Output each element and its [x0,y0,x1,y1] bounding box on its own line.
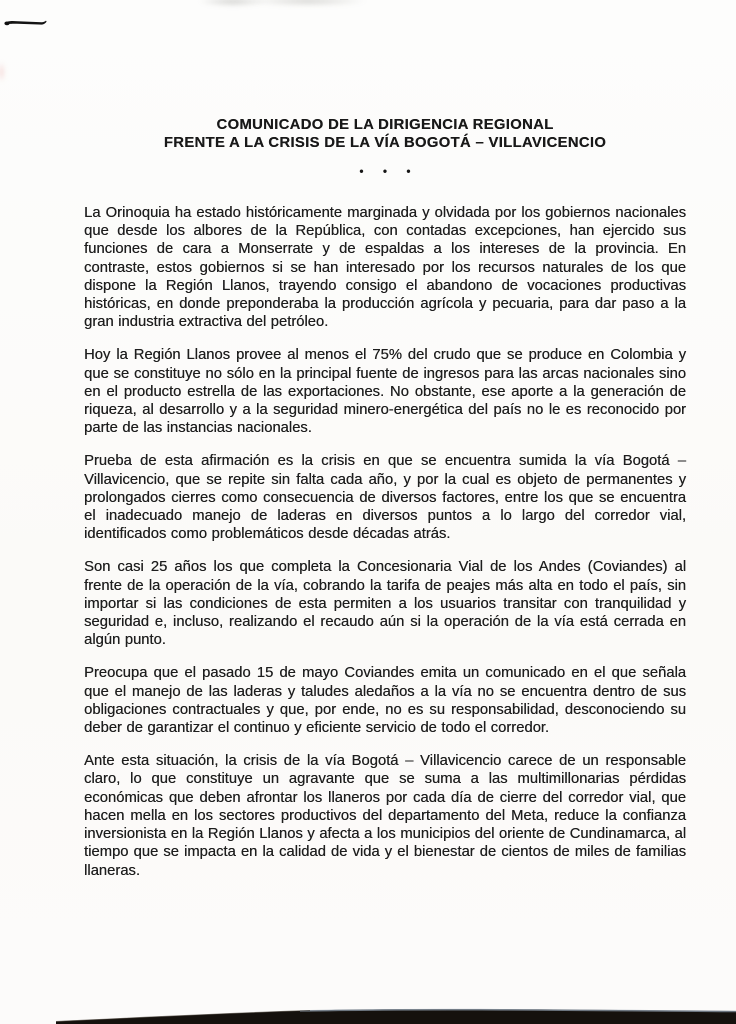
scan-smudge-top-left-of-center [198,0,268,7]
scanned-document-page: COMUNICADO DE LA DIRIGENCIA REGIONAL FRE… [0,0,736,1024]
scan-smudge-left-edge [0,62,5,82]
paragraph-6: Ante esta situación, la crisis de la vía… [84,752,686,879]
scan-page-bottom-edge [0,992,736,1024]
paragraph-1: La Orinoquia ha estado históricamente ma… [84,204,686,331]
paragraph-3: Prueba de esta afirmación es la crisis e… [84,452,686,543]
document-body: La Orinoquia ha estado históricamente ma… [84,204,686,880]
document-title: COMUNICADO DE LA DIRIGENCIA REGIONAL FRE… [84,116,686,152]
document-title-line-1: COMUNICADO DE LA DIRIGENCIA REGIONAL [84,116,686,134]
paragraph-4: Son casi 25 años los que completa la Con… [84,558,686,649]
document-title-line-2: FRENTE A LA CRISIS DE LA VÍA BOGOTÁ – VI… [84,134,686,152]
scan-mark-top-left [4,17,48,29]
separator-dots: • • • [84,164,686,178]
paragraph-5: Preocupa que el pasado 15 de mayo Covian… [84,664,686,737]
scan-smudge-top-center [248,0,368,7]
paragraph-2: Hoy la Región Llanos provee al menos el … [84,346,686,437]
document-content: COMUNICADO DE LA DIRIGENCIA REGIONAL FRE… [84,116,686,895]
